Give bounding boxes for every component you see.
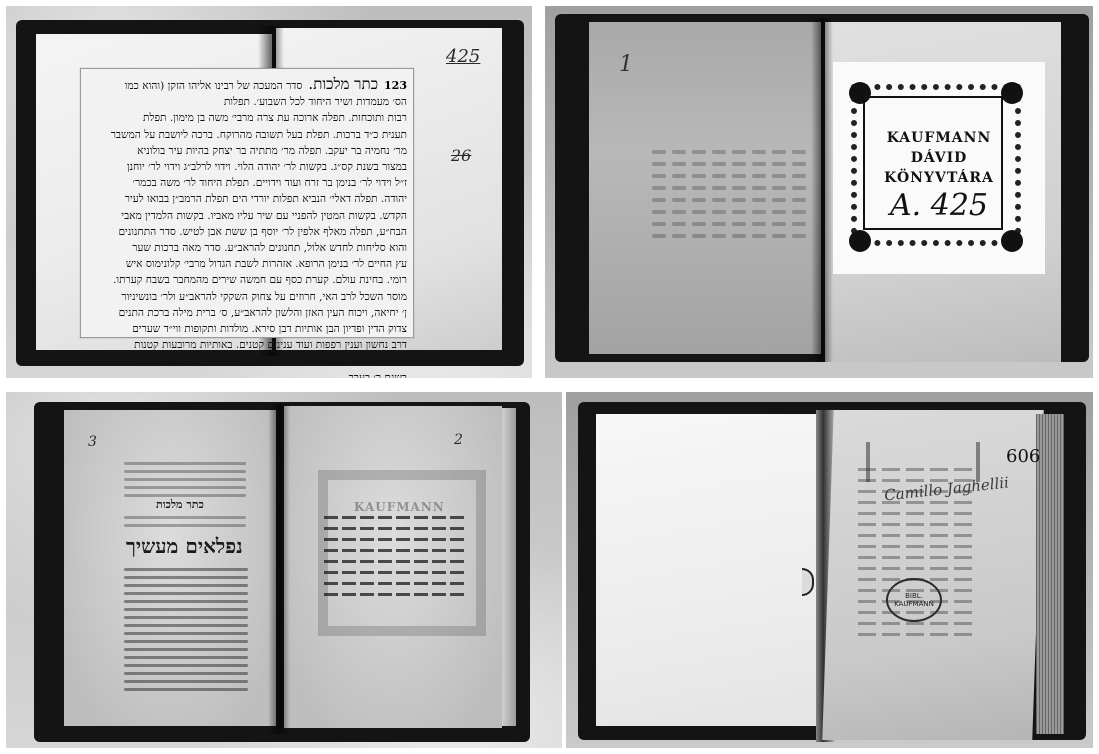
handwritten-shelfmark: 425 (446, 46, 480, 67)
faded-word-grid (649, 146, 809, 242)
clipping-line: הבח״ע, תפלה מאלף אלפין לר׳ יוסף בן ששת א… (87, 224, 407, 240)
faded-word (712, 210, 726, 214)
faded-word (732, 186, 746, 190)
ornament-corner-icon (849, 82, 871, 104)
faded-word (652, 150, 666, 154)
faded-word (652, 198, 666, 202)
faded-word (752, 150, 766, 154)
faded-word (672, 222, 686, 226)
clipping-line: סדר המעכה של רבינו אליהו הזקן (והוא כמו (87, 78, 302, 94)
faded-word (792, 210, 806, 214)
faded-word (752, 222, 766, 226)
faded-word (772, 186, 786, 190)
faded-word (752, 174, 766, 178)
faded-word (792, 150, 806, 154)
faded-word (792, 162, 806, 166)
faded-word (772, 150, 786, 154)
clipping-line: מאד ורובם עם נקודות יותר מן 300 דפים על … (87, 353, 407, 369)
faded-word (692, 198, 706, 202)
book-gutter (811, 18, 833, 362)
clipping-line: הקדש. בקשות המטין להפניי עם שיר עליו מאב… (87, 208, 407, 224)
bookplate-line1: KAUFMANN (833, 130, 1045, 146)
faded-word (732, 162, 746, 166)
faded-word (692, 222, 706, 226)
faded-word (712, 222, 726, 226)
faded-word (792, 222, 806, 226)
page-edges (502, 408, 516, 726)
bookplate: KAUFMANN DÁVID KÖNYVTÁRA A. 425 (833, 62, 1045, 274)
faded-word (732, 174, 746, 178)
clipping-line: תענית כ״ד ברכות. תפלת בעל תשובה מהרוקח. … (87, 127, 407, 143)
faded-word (732, 150, 746, 154)
faded-word (672, 150, 686, 154)
title-page-text-block-bottom (124, 568, 248, 696)
ornament-corner-icon (849, 230, 871, 252)
vertical-text-column (866, 442, 870, 482)
faded-word (752, 186, 766, 190)
faded-word (772, 174, 786, 178)
left-page (596, 414, 818, 726)
faded-word (692, 210, 706, 214)
library-oval-stamp: BIBL. KAUFMANN (886, 578, 942, 622)
faded-word (772, 210, 786, 214)
title-page-text-block-mid (124, 516, 246, 532)
faded-word (712, 234, 726, 238)
faded-word (732, 210, 746, 214)
bookplate-line2: DÁVID (833, 150, 1045, 166)
faded-word (732, 198, 746, 202)
faded-word (652, 174, 666, 178)
faded-word (772, 162, 786, 166)
faded-word (712, 162, 726, 166)
faded-word (772, 198, 786, 202)
faded-word (752, 162, 766, 166)
faded-word (752, 198, 766, 202)
faded-word (652, 210, 666, 214)
book-gutter (268, 404, 290, 734)
faded-word (732, 222, 746, 226)
small-heading: כתר מלכות (156, 498, 204, 511)
clipping-line: והוא סליחות לחדש אלול, תחנונים להראב״ע. … (87, 240, 407, 256)
clipping-line: רבות ותוכחות. תפלה ארוכה עת צרה מרבי׳ מש… (87, 110, 407, 126)
handwritten-folio: 3 (88, 434, 97, 450)
faded-word (672, 174, 686, 178)
photo-panel-top-right: 1 KAUFMANN DÁVID KÖNYVTÁRA A. 425 (545, 6, 1093, 378)
clipping-line: מר׳ נחמיה בר יעקב. תפלה מר׳ מתתיה בר יצח… (87, 143, 407, 159)
photo-panel-bottom-right: 606 Camillo Jaghellii BIBL. KAUFMANN (566, 392, 1093, 748)
handwritten-note: 26 (451, 146, 471, 165)
photo-panel-top-left: 425 26 123 כתר מלכות. סדר המעכה של רבינו… (6, 6, 532, 378)
faded-word (692, 174, 706, 178)
faded-word (692, 150, 706, 154)
faded-word (652, 234, 666, 238)
faded-word (712, 174, 726, 178)
clipping-line: יהודה. תפלה דאלי׳ הנביא תפלות יורדי הים … (87, 191, 407, 207)
clipping-header: 123 כתר מלכות. סדר המעכה של רבינו אליהו … (87, 75, 407, 94)
clipping-line: עץ החיים לר׳ בנימן הרופא. אזהרות לשבת הג… (87, 256, 407, 272)
faded-word (712, 150, 726, 154)
stamp-text: BIBL. KAUFMANN (888, 580, 940, 620)
vertical-text-column (976, 442, 980, 482)
faded-word (752, 210, 766, 214)
catalogue-clipping: 123 כתר מלכות. סדר המעכה של רבינו אליהו … (80, 68, 414, 338)
clipping-line: מוסר השכל לרב האי, חרוזים על צחוק השקקי … (87, 289, 407, 305)
ornament-corner-icon (1001, 230, 1023, 252)
faded-word (692, 234, 706, 238)
faded-word (792, 186, 806, 190)
photo-panel-bottom-left: 3 כתר מלכות נפלאים מעשיך 2 KAUFMANN (6, 392, 562, 748)
faded-word (672, 162, 686, 166)
faded-word (752, 234, 766, 238)
clipping-page-number: 123 (384, 79, 407, 92)
show-through-text: KAUFMANN (354, 500, 445, 514)
clipping-line: דרב נחשון וענין רפפות ועוד ענינים קטנים.… (87, 337, 407, 353)
faded-word (652, 186, 666, 190)
faded-word (712, 198, 726, 202)
faded-word (712, 186, 726, 190)
faded-word (772, 234, 786, 238)
handwritten-number: 606 (1006, 446, 1040, 467)
faded-word (792, 174, 806, 178)
ornament-corner-icon (1001, 82, 1023, 104)
word-grid (324, 516, 464, 604)
faded-word (672, 210, 686, 214)
faded-word (772, 222, 786, 226)
large-heading: נפלאים מעשיך (126, 534, 243, 559)
faded-word (692, 162, 706, 166)
clipping-line: צדוק הדין ופדיון הבן אותיות דבן סירא. מו… (87, 321, 407, 337)
faded-word (652, 222, 666, 226)
faded-word (672, 234, 686, 238)
clipping-line: במצור בשנת קס״ג. בקשות לר׳ יהודה הלוי. ו… (87, 159, 407, 175)
handwritten-folio: 2 (454, 432, 463, 448)
clipping-line: בשנת ר׳ בערך (87, 370, 407, 378)
faded-word (672, 186, 686, 190)
faded-word (792, 234, 806, 238)
faded-word (792, 198, 806, 202)
faded-word (672, 198, 686, 202)
faded-word (652, 162, 666, 166)
bookplate-line3: KÖNYVTÁRA (833, 170, 1045, 186)
bookplate-shelfmark: A. 425 (833, 188, 1045, 223)
title-page-text-block-top (124, 462, 246, 502)
handwritten-folio: 1 (619, 52, 633, 77)
clipping-line: ן׳ יחיאה, ויכוח העין האזן והלשון להראב״ע… (87, 305, 407, 321)
faded-word (732, 234, 746, 238)
clipping-line: ז״ל וידוי לר׳ בנימן בר זרח ועוד וידויים.… (87, 175, 407, 191)
clipping-line: רומי. בחינת עולם. קערת כסף עם חמשה שירים… (87, 272, 407, 288)
faded-word (692, 186, 706, 190)
clipping-title: כתר מלכות. (308, 75, 378, 94)
clipping-line: הס׳ מעמדות ושיר היחוד לכל השבוע׳. תפלות (87, 94, 407, 110)
